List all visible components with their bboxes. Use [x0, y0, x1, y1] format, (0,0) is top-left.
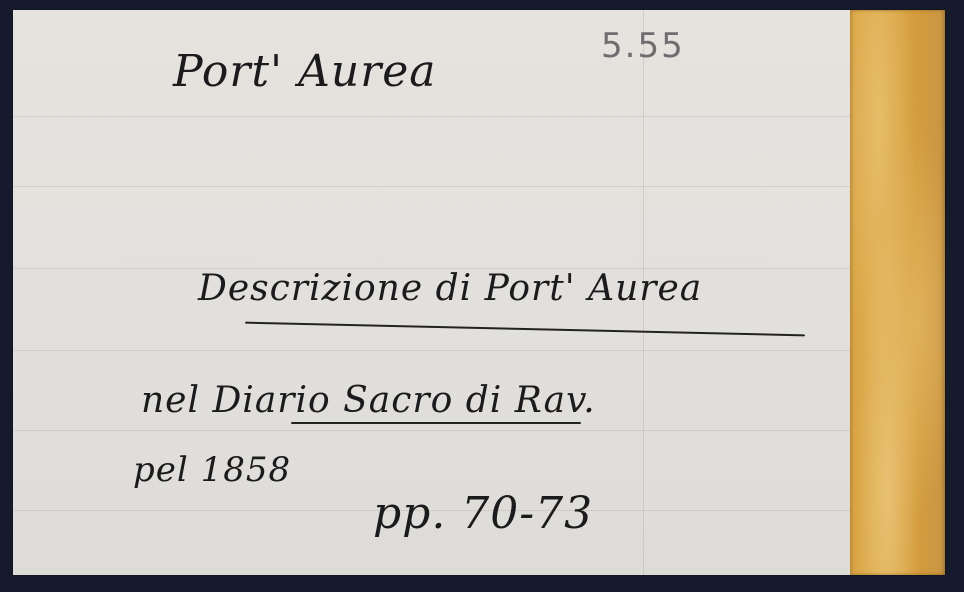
index-card: Port' Aurea 5.55 Descrizione di Port' Au… — [13, 10, 945, 575]
card-heading: Port' Aurea — [173, 46, 437, 97]
body-line-2: nel Diario Sacro di Rav. — [141, 380, 596, 421]
body-line-4-pages: pp. 70-73 — [373, 488, 593, 539]
underline-descrizione — [245, 322, 805, 337]
ruled-line — [13, 116, 853, 117]
photo-background: Port' Aurea 5.55 Descrizione di Port' Au… — [0, 0, 964, 592]
underline-diario-sacro — [291, 422, 581, 424]
ruled-line — [13, 186, 853, 187]
catalog-number: 5.55 — [601, 26, 685, 66]
body-line-1: Descrizione di Port' Aurea — [198, 268, 702, 309]
ruled-line — [13, 430, 853, 431]
yellowed-tape-strip — [850, 10, 945, 575]
ruled-line — [13, 350, 853, 351]
body-line-3: pel 1858 — [133, 450, 291, 490]
